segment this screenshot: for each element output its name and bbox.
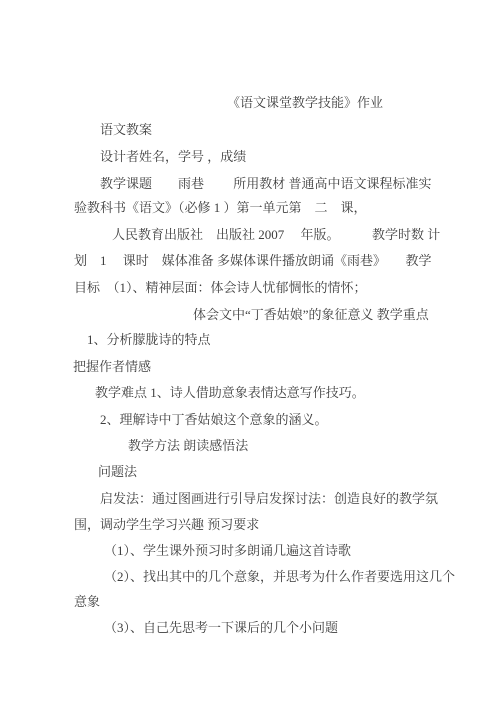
text-line: 目标 （1）、精神层面：体会诗人忧郁惆怅的情怀； bbox=[74, 279, 367, 297]
text-line: （3）、自己先思考一下课后的几个小问题 bbox=[104, 619, 338, 637]
text-line: （1）、学生课外预习时多朗诵几遍这首诗歌 bbox=[104, 542, 351, 560]
document-title: 《语文课堂教学技能》作业 bbox=[227, 94, 383, 112]
document-page: 《语文课堂教学技能》作业语文教案设计者姓名，学号 ，成绩教学课题 雨巷 所用教材… bbox=[0, 0, 500, 707]
text-line: 划 1 课时 媒体准备 多媒体课件播放朗诵《雨巷》 教学 bbox=[74, 252, 432, 270]
text-line: 意象 bbox=[74, 593, 100, 611]
text-line: （2）、找出其中的几个意象，并思考为什么作者要选用这几个 bbox=[104, 568, 455, 586]
text-line: 围，调动学生学习兴趣 预习要求 bbox=[74, 516, 259, 534]
text-line: 教学课题 雨巷 所用教材 普通高中语文课程标准实 bbox=[100, 175, 432, 193]
text-line: 人民教育出版社 出版社 2007 年版。 教学时数 计 bbox=[112, 226, 440, 244]
text-line: 把握作者情感 bbox=[73, 358, 151, 376]
text-line: 体会文中“丁香姑娘”的象征意义 教学重点 bbox=[193, 306, 429, 324]
text-line: 教学方法 朗读感悟法 bbox=[128, 437, 248, 455]
text-line: 启发法：通过图画进行引导启发探讨法：创造良好的教学氛 bbox=[100, 490, 438, 508]
text-line: 验教科书《语文》（必修 1 ）第一单元第 二 课， bbox=[74, 199, 367, 217]
text-line: 1、分析朦胧诗的特点 bbox=[87, 331, 211, 349]
text-line: 设计者姓名，学号 ，成绩 bbox=[100, 148, 246, 166]
text-line: 语文教案 bbox=[100, 121, 152, 139]
text-line: 问题法 bbox=[98, 463, 137, 481]
text-line: 2、理解诗中丁香姑娘这个意象的涵义。 bbox=[100, 411, 328, 429]
text-line: 教学难点 1、诗人借助意象表情达意写作技巧。 bbox=[95, 384, 365, 402]
